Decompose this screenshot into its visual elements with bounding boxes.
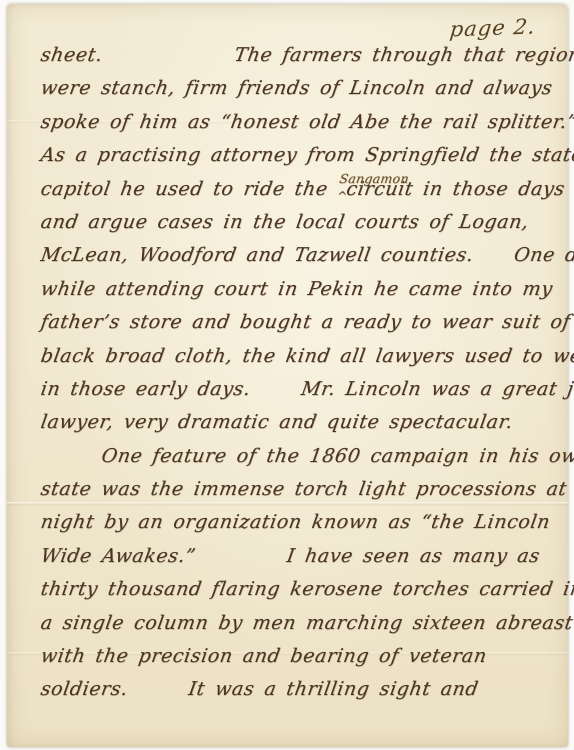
manuscript-line: night by an organization known as “the L… bbox=[37, 511, 556, 544]
inserted-word-sangamon: Sangamon bbox=[339, 173, 410, 185]
manuscript-line: were stanch, firm friends of Lincoln and… bbox=[37, 77, 556, 110]
manuscript-line: soldiers. It was a thrilling sight and bbox=[37, 678, 556, 711]
manuscript-line-with-insertion: capitol he used to ride the Sangamon^cir… bbox=[37, 178, 556, 211]
manuscript-line: One feature of the 1860 campaign in his … bbox=[37, 445, 556, 478]
manuscript-line: thirty thousand flaring kerosene torches… bbox=[37, 578, 556, 611]
manuscript-line: spoke of him as “honest old Abe the rail… bbox=[37, 111, 556, 144]
manuscript-line: As a practising attorney from Springfiel… bbox=[37, 144, 556, 177]
manuscript-line: and argue cases in the local courts of L… bbox=[37, 211, 556, 244]
manuscript-line: with the precision and bearing of vetera… bbox=[37, 645, 556, 678]
line-text-pre: capitol he used to ride the bbox=[39, 178, 340, 200]
manuscript-line: McLean, Woodford and Tazwell counties. O… bbox=[37, 244, 556, 277]
manuscript-line: Wide Awakes.” I have seen as many as bbox=[37, 545, 556, 578]
manuscript-line: black broad cloth, the kind all lawyers … bbox=[37, 345, 556, 378]
manuscript-line: state was the immense torch light proces… bbox=[37, 478, 556, 511]
caret-mark-icon: ^ bbox=[336, 188, 349, 202]
manuscript-line: lawyer, very dramatic and quite spectacu… bbox=[37, 411, 556, 444]
page-number: page 2. bbox=[449, 15, 537, 42]
manuscript-line: in those early days. Mr. Lincoln was a g… bbox=[37, 378, 556, 411]
manuscript-line: father’s store and bought a ready to wea… bbox=[37, 311, 556, 344]
manuscript-line: sheet. The farmers through that region o… bbox=[37, 44, 556, 77]
manuscript-page: page 2. sheet. The farmers through that … bbox=[7, 4, 568, 747]
manuscript-text: sheet. The farmers through that region o… bbox=[40, 44, 554, 712]
manuscript-line: while attending court in Pekin he came i… bbox=[37, 278, 556, 311]
manuscript-line: a single column by men marching sixteen … bbox=[37, 612, 556, 645]
manuscript-photo: page 2. sheet. The farmers through that … bbox=[0, 0, 574, 750]
